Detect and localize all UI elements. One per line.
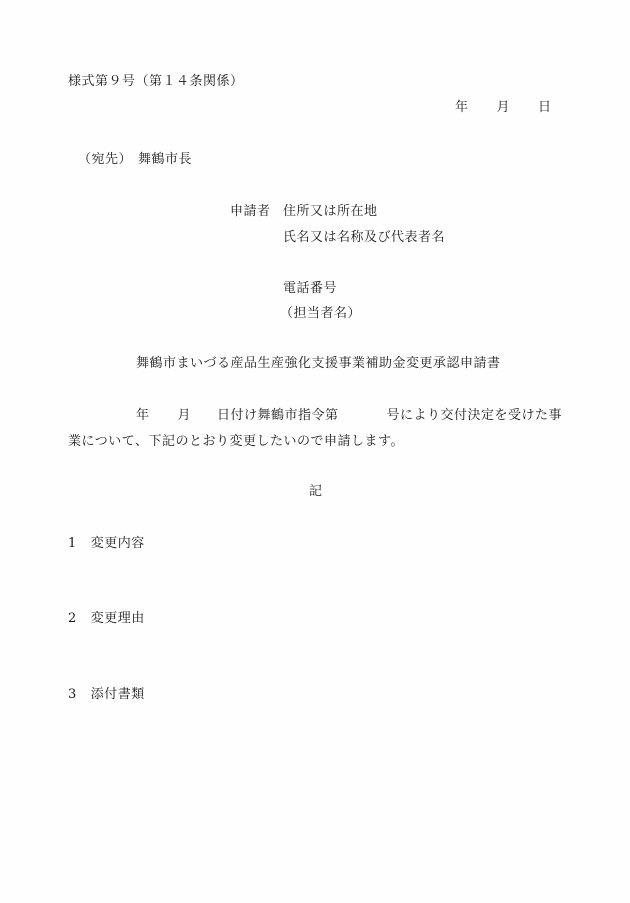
applicant-contact-label: （担当者名） [280,307,361,320]
addressee-label: （宛先） [78,152,132,167]
body-line-1: 年月日付け舞鶴市指令第号により交付決定を受けた事 [136,409,562,422]
item-2: 2変更理由 [68,612,145,625]
item-label: 添付書類 [91,687,145,702]
applicant-name-label: 氏名又は名称及び代表者名 [283,231,445,244]
item-number: 1 [68,536,77,551]
body-month: 月 [178,408,192,423]
body-number-text: 号により交付決定を受けた事 [387,408,563,423]
applicant-label: 申請者 [230,205,271,218]
applicant-address-label: 住所又は所在地 [283,205,378,218]
body-date-text: 日付け舞鶴市指令第 [217,408,339,423]
date-day: 日 [538,100,552,115]
body-line-2: 業について、下記のとおり変更したいので申請します。 [68,435,404,448]
item-number: 2 [68,611,77,626]
ki-heading: 記 [309,485,323,498]
body-year: 年 [136,408,150,423]
form-number: 様式第９号（第１４条関係） [68,75,244,88]
applicant-phone-label: 電話番号 [283,282,337,295]
date-month: 月 [497,100,511,115]
item-label: 変更理由 [91,611,145,626]
item-label: 変更内容 [91,536,145,551]
item-number: 3 [68,687,77,702]
document-title: 舞鶴市まいづる産品生産強化支援事業補助金変更承認申請書 [136,357,501,370]
date-year: 年 [455,100,469,115]
addressee-line: （宛先）舞鶴市長 [78,153,192,166]
date-line: 年月日 [455,101,552,114]
item-1: 1変更内容 [68,537,145,550]
addressee-name: 舞鶴市長 [138,152,192,167]
item-3: 3添付書類 [68,688,145,701]
